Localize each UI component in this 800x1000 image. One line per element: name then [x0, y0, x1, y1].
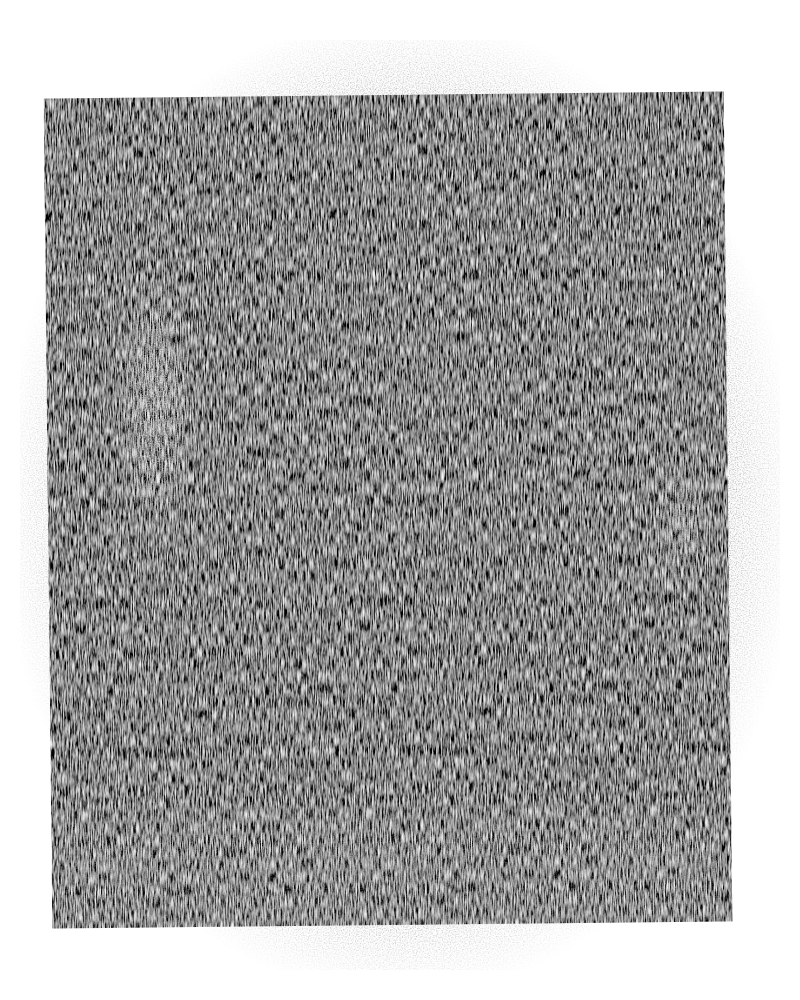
grunge-texture-image [0, 0, 800, 1000]
worn-streak-left [110, 260, 200, 550]
worn-area-bottom [60, 780, 720, 940]
worn-patch-right [640, 420, 720, 620]
